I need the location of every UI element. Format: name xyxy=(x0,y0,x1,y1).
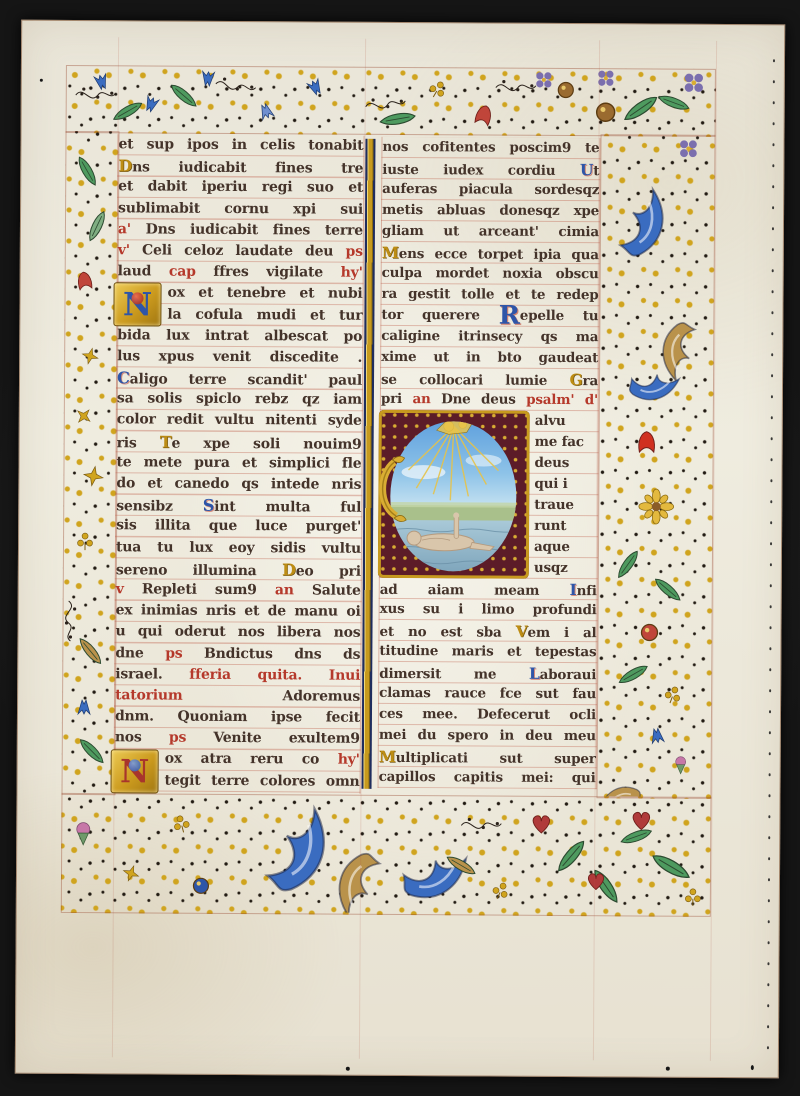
pricking-mark xyxy=(771,374,773,377)
pricking-mark xyxy=(773,101,775,104)
floral-border-right xyxy=(596,134,715,799)
text-line: Dns iudicabit fines tre xyxy=(118,155,363,178)
text-line: et sup ipos in celis tonabit xyxy=(118,134,363,157)
pricking-mark xyxy=(770,563,772,566)
text-line: nos cofitentes poscim9 te xyxy=(382,137,599,159)
pricking-mark xyxy=(767,983,769,986)
pricking-mark xyxy=(772,143,774,146)
pricking-mark xyxy=(768,857,770,860)
pricking-mark xyxy=(769,752,771,755)
pricking-mark xyxy=(772,164,774,167)
pricking-mark xyxy=(767,1025,769,1028)
text-line: ris Te xpe soli nouim9 xyxy=(117,431,362,454)
text-line: dimersit me Laboraui xyxy=(379,662,596,684)
pricking-mark xyxy=(769,668,771,671)
pricking-mark xyxy=(769,689,771,692)
pricking-mark xyxy=(771,437,773,440)
text-line: auferas piacula sordesqz xyxy=(382,179,599,201)
pricking-mark xyxy=(771,332,773,335)
text-line: me fac xyxy=(535,432,598,453)
pricking-mark xyxy=(769,647,771,650)
text-line: culpa mordet noxia obscu xyxy=(382,263,599,285)
pricking-mark xyxy=(770,605,772,608)
pricking-mark xyxy=(770,626,772,629)
edge-speck xyxy=(666,1067,670,1071)
text-line: Caligo terre scandit' paul xyxy=(117,367,362,390)
text-line: mei du spero in deu meu xyxy=(379,725,596,747)
pricking-mark xyxy=(769,710,771,713)
text-line: tor querere Repelle tu xyxy=(381,305,598,327)
text-line: v' Celi celoz laudate deu ps xyxy=(118,240,363,263)
pricking-mark xyxy=(771,311,773,314)
pricking-mark xyxy=(768,941,770,944)
text-line: ra gestit tolle et te redep xyxy=(381,284,598,306)
text-line: deus xyxy=(534,453,597,474)
pricking-mark xyxy=(773,59,775,62)
text-line: v Repleti sum9 an Salute xyxy=(116,579,361,602)
text-line: tatorium Adoremus xyxy=(115,685,360,708)
text-line: laud cap ffres vigilate hy' xyxy=(118,261,363,284)
text-line: capillos capitis mei: qui xyxy=(379,767,596,789)
illuminated-initial-N: N xyxy=(113,283,161,327)
pricking-mark xyxy=(768,899,770,902)
text-line: xime ut in bto gaudeat xyxy=(381,347,598,369)
pricking-mark xyxy=(767,1046,769,1049)
pricking-mark xyxy=(767,962,769,965)
text-line: titudine maris et tepestas xyxy=(379,641,596,663)
pricking-mark xyxy=(772,248,774,251)
pricking-mark xyxy=(768,878,770,881)
pricking-mark xyxy=(772,290,774,293)
text-line: iuste iudex cordiu Ut xyxy=(382,158,599,180)
text-line: te mete pura et simplici fle xyxy=(116,452,361,475)
text-line: a' Dns iudicabit fines terre xyxy=(118,219,363,242)
edge-speck xyxy=(346,1067,350,1071)
pricking-mark xyxy=(771,458,773,461)
edge-speck xyxy=(40,79,43,82)
pricking-mark xyxy=(771,416,773,419)
pricking-mark xyxy=(767,1004,769,1007)
text-line: nos ps Venite exultem9 xyxy=(115,728,360,751)
pricking-mark xyxy=(768,920,770,923)
text-line: Mens ecce torpet ipia qua xyxy=(382,242,599,264)
text-line: xus su i limo profundi xyxy=(380,599,597,621)
pricking-mark xyxy=(772,185,774,188)
pricking-mark xyxy=(770,542,772,545)
manuscript-leaf: et sup ipos in celis tonabitDns iudicabi… xyxy=(15,20,785,1079)
text-line: alvu xyxy=(535,411,598,432)
text-line: color redit vultu nitenti syde xyxy=(117,410,362,433)
text-line: pri an Dne deus psalm' d' xyxy=(381,389,598,411)
text-line: traue xyxy=(534,495,597,516)
text-line: ces mee. Defecerut ocli xyxy=(379,704,596,726)
floral-border-left xyxy=(61,131,119,795)
pricking-mark xyxy=(770,584,772,587)
text-line: usqz xyxy=(534,558,597,579)
text-line: se collocari lumie Gra xyxy=(381,368,598,390)
text-line: ex inimias nris et de manu oi xyxy=(116,600,361,623)
pricking-mark xyxy=(773,122,775,125)
text-column-right: nos cofitentes poscim9 teiuste iudex cor… xyxy=(378,137,601,789)
text-line: u qui oderut nos libera nos xyxy=(115,622,360,645)
text-line: clamas rauce fce sut fau xyxy=(379,683,596,705)
pricking-mark xyxy=(770,500,772,503)
text-column-left: et sup ipos in celis tonabitDns iudicabi… xyxy=(114,134,365,793)
floral-border-bottom xyxy=(61,793,712,917)
text-line: sublimabit cornu xpi sui xyxy=(118,198,363,221)
text-line: Multiplicati sut super xyxy=(379,746,596,768)
text-line: lus xpus venit discedite . xyxy=(117,346,362,369)
pricking-mark xyxy=(769,773,771,776)
text-line: aque xyxy=(534,537,597,558)
pricking-mark xyxy=(771,395,773,398)
text-line: gliam ut arceant' cimia xyxy=(382,221,599,243)
text-line: runt xyxy=(534,516,597,537)
pricking-mark xyxy=(772,269,774,272)
text-line: dne ps Bndictus dns ds xyxy=(115,643,360,666)
pricking-mark xyxy=(770,521,772,524)
historiated-initial-miniature xyxy=(378,410,530,579)
text-line: dnm. Quoniam ipse fecit xyxy=(115,706,360,729)
pricking-mark xyxy=(768,836,770,839)
pricking-mark xyxy=(770,479,772,482)
text-line: qui i xyxy=(534,474,597,495)
floral-border-top xyxy=(66,65,716,137)
pricking-mark xyxy=(769,731,771,734)
text-line: sis illita que luce purget' xyxy=(116,516,361,539)
text-line: caligine itrinsecy qs ma xyxy=(381,326,598,348)
text-line: et no est sba Vem i al xyxy=(379,620,596,642)
text-line: tua tu lux eoy sidis vultu xyxy=(116,537,361,560)
text-line: ad aiam meam Infi xyxy=(380,578,597,600)
pricking-mark xyxy=(771,353,773,356)
text-line: sensibz Sint multa ful xyxy=(116,494,361,517)
text-line: sa solis spiclo rebz qz iam xyxy=(117,389,362,412)
illuminated-initial-N: N xyxy=(111,749,159,793)
pricking-mark xyxy=(772,227,774,230)
text-line: israel. fferia quita. Inui xyxy=(115,664,360,687)
text-line: metis abluas donesqz xpe xyxy=(382,200,599,222)
text-line: bida lux intrat albescat po xyxy=(117,325,362,348)
pricking-mark xyxy=(768,794,770,797)
pricking-mark xyxy=(773,80,775,83)
pricking-mark xyxy=(772,206,774,209)
edge-speck xyxy=(751,1065,754,1070)
pricking-mark xyxy=(768,815,770,818)
text-line: et dabit iperiu regi suo et xyxy=(118,177,363,200)
text-line: do et canedo qs intede nris xyxy=(116,473,361,496)
text-line: sereno illumina Deo pri xyxy=(116,558,361,581)
